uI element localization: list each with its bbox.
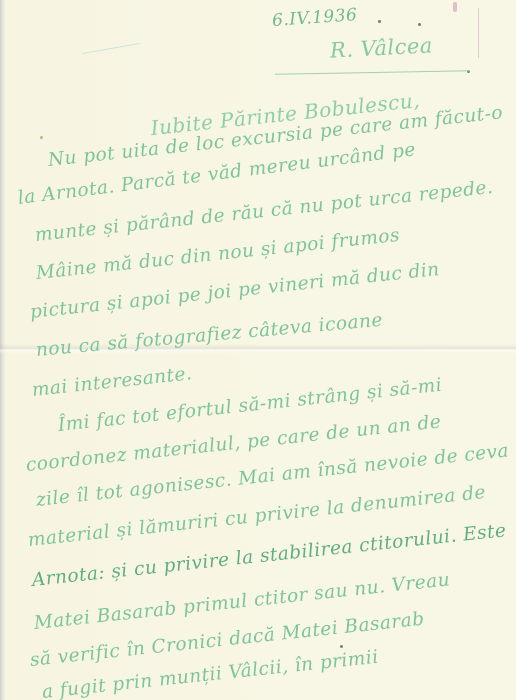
letter-place: R. Vâlcea <box>329 33 433 62</box>
letter-date: 6.IV.1936 <box>271 5 358 31</box>
stray-pen-stroke <box>82 43 139 54</box>
ink-dot <box>40 136 43 139</box>
ink-dot <box>340 645 343 648</box>
margin-mark <box>478 8 479 58</box>
letter-line: mai interesante. <box>31 363 193 401</box>
ink-dot <box>418 23 421 26</box>
header-underline <box>275 70 470 74</box>
ink-dot <box>378 20 381 23</box>
ink-mark <box>453 2 457 12</box>
letter-page: 6.IV.1936 R. Vâlcea Iubite Părinte Bobul… <box>0 0 516 700</box>
